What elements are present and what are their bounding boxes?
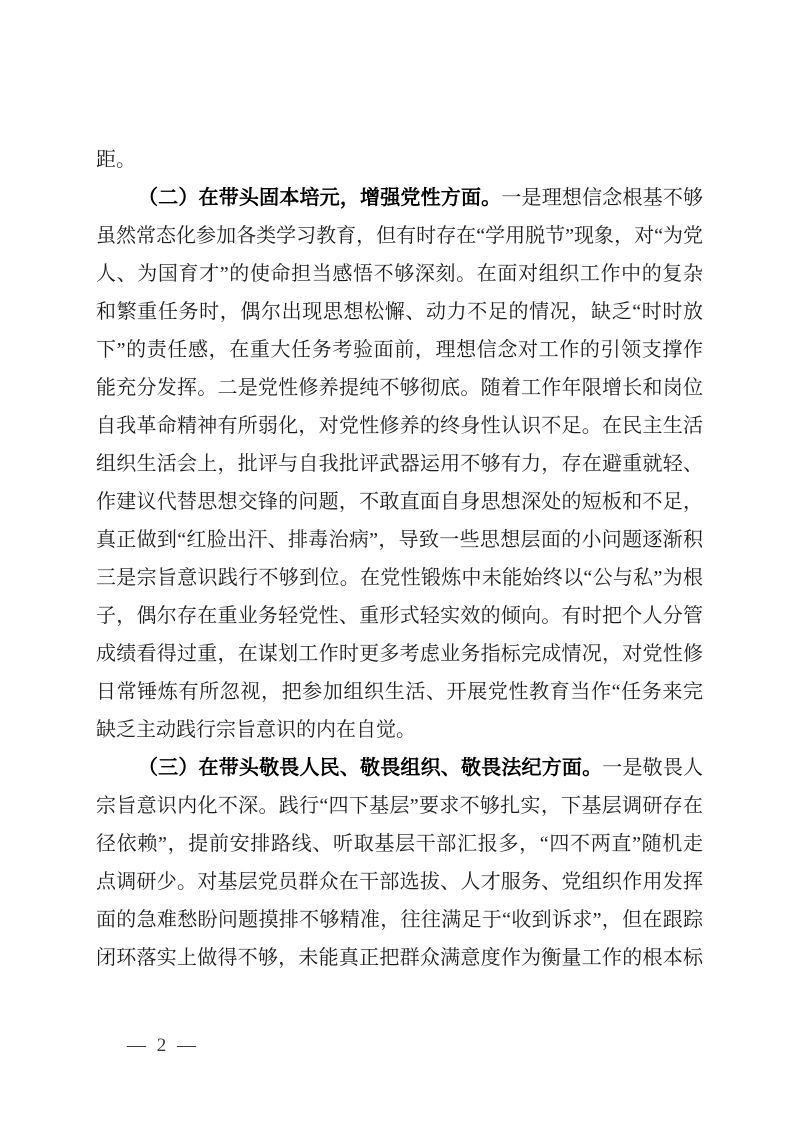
body-text: 子，偶尔存在重业务轻党性、重形式轻实效的倾向。有时把个人分管工作: [96, 605, 703, 635]
body-text: 距。: [96, 149, 136, 171]
body-text: 作建议代替思想交锋的问题，不敢直面自身思想深处的短板和不足，未能: [96, 491, 703, 521]
page-number: — 2 —: [127, 1031, 199, 1061]
body-text: 能充分发挥。二是党性修养提纯不够彻底。随着工作年限增长和岗位变化，: [96, 377, 703, 407]
text-line: 作建议代替思想交锋的问题，不敢直面自身思想深处的短板和不足，未能: [96, 483, 703, 521]
body-text: 面的急难愁盼问题摸排不够精准，往往满足于“收到诉求”，但在跟踪解决、: [96, 909, 703, 939]
text-line: （三）在带头敬畏人民、敬畏组织、敬畏法纪方面。一是敬畏人民的: [96, 749, 703, 787]
text-line: 三是宗旨意识践行不够到位。在党性锻炼中未能始终以“公与私”为根本尺: [96, 559, 703, 597]
body-text: 日常锤炼有所忽视，把参加组织生活、开展党性教育当作“任务来完成”，: [96, 681, 703, 711]
body-text: 缺乏主动践行宗旨意识的内在自觉。: [96, 719, 416, 741]
body-text: 和繁重任务时，偶尔出现思想松懈、动力不足的情况，缺乏“时时放心不: [96, 301, 703, 331]
text-line: 成绩看得过重，在谋划工作时更多考虑业务指标完成情况，对党性修养的: [96, 635, 703, 673]
text-line: 子，偶尔存在重业务轻党性、重形式轻实效的倾向。有时把个人分管工作: [96, 597, 703, 635]
text-line: 点调研少。对基层党员群众在干部选拔、人才服务、党组织作用发挥等方: [96, 863, 703, 901]
text-line: 人、为国育才”的使命担当感悟不够深刻。在面对组织工作中的复杂矛盾: [96, 255, 703, 293]
body-text: 真正做到“红脸出汗、排毒治病”，导致一些思想层面的小问题逐渐积累。: [96, 529, 703, 559]
text-line: 下”的责任感，在重大任务考验面前，理想信念对工作的引领支撑作用未: [96, 331, 703, 369]
text-line: 自我革命精神有所弱化，对党性修养的终身性认识不足。在民主生活会和: [96, 407, 703, 445]
document-page: 距。（二）在带头固本培元，增强党性方面。一是理想信念根基不够牢固。虽然常态化参加…: [0, 0, 793, 1122]
body-text: 径依赖”，提前安排路线、听取基层干部汇报多，“四不两直”随机走访、蹲: [96, 833, 703, 863]
section-heading: （三）在带头敬畏人民、敬畏组织、敬畏法纪方面。: [138, 757, 602, 779]
text-line: 真正做到“红脸出汗、排毒治病”，导致一些思想层面的小问题逐渐积累。: [96, 521, 703, 559]
body-text: 宗旨意识内化不深。践行“四下基层”要求不够扎实，下基层调研存在“路: [96, 795, 703, 825]
section-heading: （二）在带头固本培元，增强党性方面。: [138, 187, 501, 209]
document-body: 距。（二）在带头固本培元，增强党性方面。一是理想信念根基不够牢固。虽然常态化参加…: [96, 141, 703, 977]
text-line: 距。: [96, 141, 703, 179]
text-line: 径依赖”，提前安排路线、听取基层干部汇报多，“四不两直”随机走访、蹲: [96, 825, 703, 863]
body-text: 闭环落实上做得不够，未能真正把群众满意度作为衡量工作的根本标准。: [96, 947, 703, 977]
body-text: 点调研少。对基层党员群众在干部选拔、人才服务、党组织作用发挥等方: [96, 871, 703, 901]
text-line: 组织生活会上，批评与自我批评武器运用不够有力，存在避重就轻、以工: [96, 445, 703, 483]
text-line: 闭环落实上做得不够，未能真正把群众满意度作为衡量工作的根本标准。: [96, 939, 703, 977]
text-line: 虽然常态化参加各类学习教育，但有时存在“学用脱节”现象，对“为党育: [96, 217, 703, 255]
body-text: 自我革命精神有所弱化，对党性修养的终身性认识不足。在民主生活会和: [96, 415, 703, 445]
text-line: 能充分发挥。二是党性修养提纯不够彻底。随着工作年限增长和岗位变化，: [96, 369, 703, 407]
text-line: 日常锤炼有所忽视，把参加组织生活、开展党性教育当作“任务来完成”，: [96, 673, 703, 711]
text-line: 缺乏主动践行宗旨意识的内在自觉。: [96, 711, 703, 749]
body-text: 成绩看得过重，在谋划工作时更多考虑业务指标完成情况，对党性修养的: [96, 643, 703, 673]
body-text: 人、为国育才”的使命担当感悟不够深刻。在面对组织工作中的复杂矛盾: [96, 263, 703, 293]
text-line: 和繁重任务时，偶尔出现思想松懈、动力不足的情况，缺乏“时时放心不: [96, 293, 703, 331]
body-text: 下”的责任感，在重大任务考验面前，理想信念对工作的引领支撑作用未: [96, 339, 703, 369]
text-line: （二）在带头固本培元，增强党性方面。一是理想信念根基不够牢固。: [96, 179, 703, 217]
text-line: 面的急难愁盼问题摸排不够精准，往往满足于“收到诉求”，但在跟踪解决、: [96, 901, 703, 939]
body-text: 虽然常态化参加各类学习教育，但有时存在“学用脱节”现象，对“为党育: [96, 225, 703, 255]
body-text: 三是宗旨意识践行不够到位。在党性锻炼中未能始终以“公与私”为根本尺: [96, 567, 703, 597]
body-text: 组织生活会上，批评与自我批评武器运用不够有力，存在避重就轻、以工: [96, 453, 703, 483]
text-line: 宗旨意识内化不深。践行“四下基层”要求不够扎实，下基层调研存在“路: [96, 787, 703, 825]
